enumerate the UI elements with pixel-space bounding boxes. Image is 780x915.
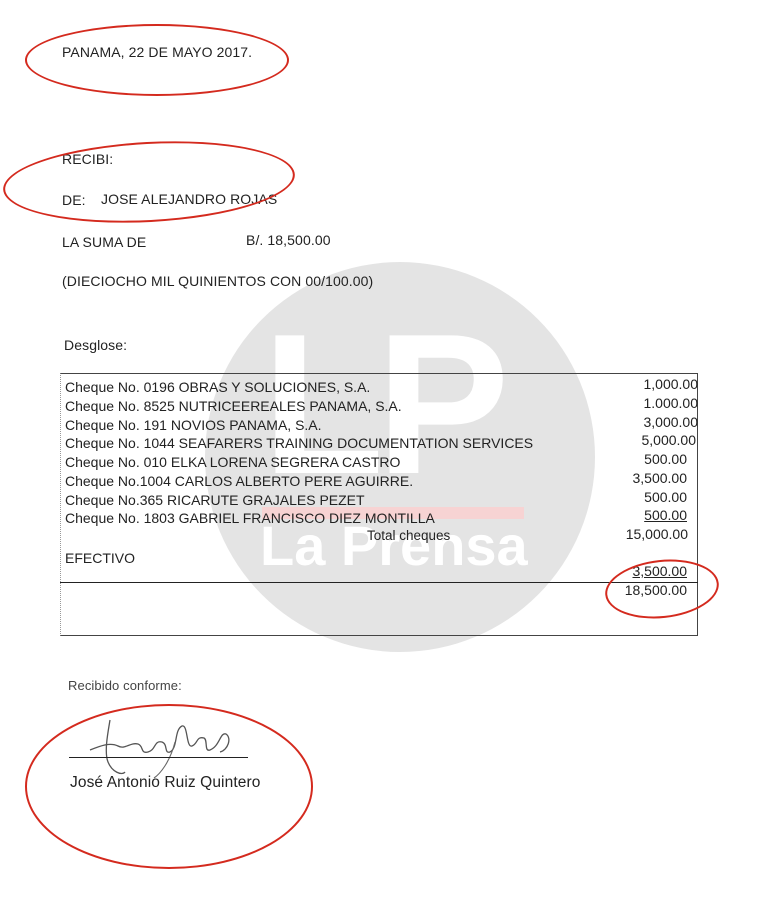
amount-in-words: (DIECIOCHO MIL QUINIENTOS CON 00/100.00): [62, 273, 373, 289]
breakdown-row-amount: 500.00: [644, 451, 687, 467]
date-highlight-ellipse: [25, 24, 289, 96]
amount-label: LA SUMA DE: [62, 234, 146, 250]
breakdown-row-amount: 1,000.00: [644, 376, 699, 392]
breakdown-row-amount: 500.00: [644, 507, 687, 523]
breakdown-row-description: Cheque No.365 RICARUTE GRAJALES PEZET: [65, 492, 365, 508]
breakdown-row-amount: 3,000.00: [644, 414, 699, 430]
signature-highlight-ellipse: [25, 704, 313, 869]
received-label: Recibido conforme:: [68, 678, 182, 693]
amount-value: B/. 18,500.00: [246, 232, 331, 248]
breakdown-row-description: Cheque No. 8525 NUTRICEEREALES PANAMA, S…: [65, 398, 402, 414]
total-divider: [60, 582, 698, 583]
breakdown-row-description: Cheque No. 1044 SEAFARERS TRAINING DOCUM…: [65, 435, 533, 451]
breakdown-row-description: Cheque No. 010 ELKA LORENA SEGRERA CASTR…: [65, 454, 400, 470]
total-cheques-value: 15,000.00: [626, 526, 688, 542]
breakdown-row-amount: 5,000.00: [642, 432, 697, 448]
total-cheques-label: Total cheques: [367, 528, 450, 543]
breakdown-row-amount: 1.000.00: [644, 395, 699, 411]
breakdown-row-description: Cheque No. 0196 OBRAS Y SOLUCIONES, S.A.: [65, 379, 370, 395]
sender-highlight-ellipse: [1, 134, 297, 229]
breakdown-row-amount: 3,500.00: [633, 470, 688, 486]
breakdown-row-description: Cheque No.1004 CARLOS ALBERTO PERE AGUIR…: [65, 473, 413, 489]
breakdown-row-description: Cheque No. 191 NOVIOS PANAMA, S.A.: [65, 417, 322, 433]
breakdown-label: Desglose:: [64, 337, 127, 353]
breakdown-row-amount: 500.00: [644, 489, 687, 505]
cash-label: EFECTIVO: [65, 550, 135, 566]
breakdown-row-description: Cheque No. 1803 GABRIEL FRANCISCO DIEZ M…: [65, 510, 435, 526]
